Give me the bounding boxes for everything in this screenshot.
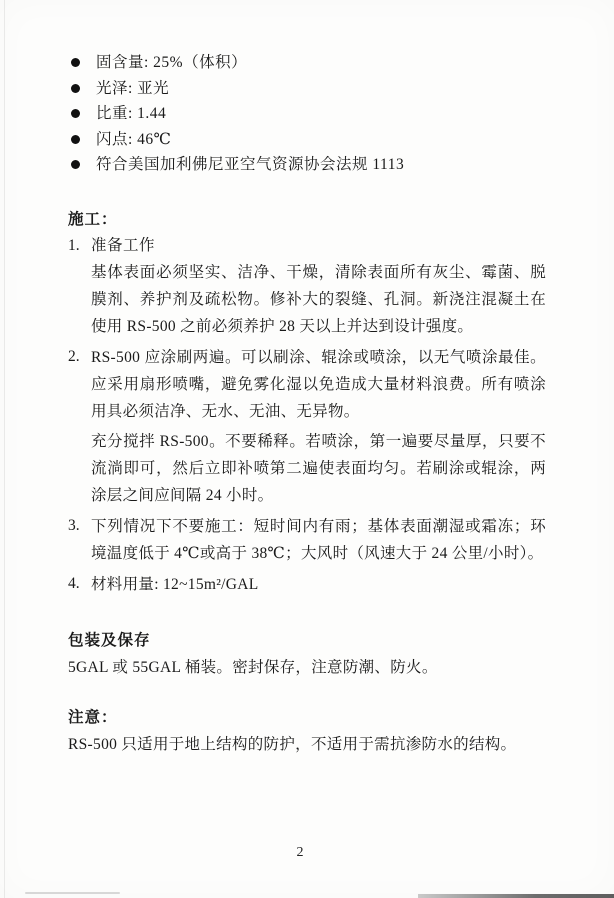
item-number: 2.: [68, 344, 80, 370]
spec-text: 符合美国加利佛尼亚空气资源协会法规 1113: [96, 156, 404, 173]
list-item: 光泽: 亚光: [68, 76, 546, 102]
numbered-item: 3. 下列情况下不要施工：短时间内有雨；基体表面潮湿或霜冻；环境温度低于 4℃或…: [68, 513, 546, 567]
section-body: 5GAL 或 55GAL 桶装。密封保存，注意防潮、防火。: [68, 654, 546, 681]
spec-text: 比重: 1.44: [96, 105, 166, 122]
bullet-icon: [71, 58, 80, 67]
list-item: 固含量: 25%（体积）: [68, 50, 546, 76]
bullet-icon: [71, 109, 80, 118]
spec-bullet-list: 固含量: 25%（体积） 光泽: 亚光 比重: 1.44 闪点: 46℃ 符合美…: [68, 50, 546, 178]
item-number: 3.: [68, 513, 80, 539]
spec-text: 固含量: 25%（体积）: [96, 54, 247, 71]
section-heading: 注意：: [68, 705, 546, 731]
list-item: 比重: 1.44: [68, 101, 546, 127]
section-heading: 包装及保存: [68, 628, 546, 654]
numbered-item: 1. 准备工作 基体表面必须坚实、洁净、干燥，清除表面所有灰尘、霉菌、脱膜剂、养…: [68, 233, 546, 340]
list-item: 符合美国加利佛尼亚空气资源协会法规 1113: [68, 152, 546, 178]
numbered-item: 4. 材料用量: 12~15m²/GAL: [68, 571, 546, 598]
item-body: 下列情况下不要施工：短时间内有雨；基体表面潮湿或霜冻；环境温度低于 4℃或高于 …: [91, 513, 546, 567]
page-content: 固含量: 25%（体积） 光泽: 亚光 比重: 1.44 闪点: 46℃ 符合美…: [68, 50, 546, 758]
section-body: RS-500 只适用于地上结构的防护，不适用于需抗渗防水的结构。: [68, 731, 546, 758]
scan-edge-artifact: [4, 0, 5, 898]
item-number: 1.: [68, 233, 80, 259]
section-packaging: 包装及保存 5GAL 或 55GAL 桶装。密封保存，注意防潮、防火。: [68, 628, 546, 681]
item-title: 准备工作: [91, 233, 546, 259]
item-body: 基体表面必须坚实、洁净、干燥，清除表面所有灰尘、霉菌、脱膜剂、养护剂及疏松物。修…: [91, 259, 546, 340]
scan-artifact-bottom-right: [418, 894, 614, 898]
page-number: 2: [0, 845, 600, 861]
bullet-icon: [71, 135, 80, 144]
section-heading: 施工：: [68, 207, 546, 233]
scan-artifact-bottom-left: [25, 892, 120, 894]
scanned-document-page: 固含量: 25%（体积） 光泽: 亚光 比重: 1.44 闪点: 46℃ 符合美…: [0, 0, 614, 898]
item-body: 材料用量: 12~15m²/GAL: [91, 571, 546, 598]
spec-text: 光泽: 亚光: [96, 80, 169, 97]
numbered-item: 2. RS-500 应涂刷两遍。可以刷涂、辊涂或喷涂，以无气喷涂最佳。应采用扇形…: [68, 344, 546, 509]
item-number: 4.: [68, 571, 80, 597]
spec-text: 闪点: 46℃: [96, 131, 172, 148]
bullet-icon: [71, 160, 80, 169]
item-body: 充分搅拌 RS-500。不要稀释。若喷涂，第一遍要尽量厚，只要不流淌即可，然后立…: [91, 428, 546, 509]
section-construction: 施工： 1. 准备工作 基体表面必须坚实、洁净、干燥，清除表面所有灰尘、霉菌、脱…: [68, 207, 546, 598]
section-notice: 注意： RS-500 只适用于地上结构的防护，不适用于需抗渗防水的结构。: [68, 705, 546, 758]
bullet-icon: [71, 84, 80, 93]
list-item: 闪点: 46℃: [68, 127, 546, 153]
item-body: RS-500 应涂刷两遍。可以刷涂、辊涂或喷涂，以无气喷涂最佳。应采用扇形喷嘴，…: [91, 344, 546, 425]
